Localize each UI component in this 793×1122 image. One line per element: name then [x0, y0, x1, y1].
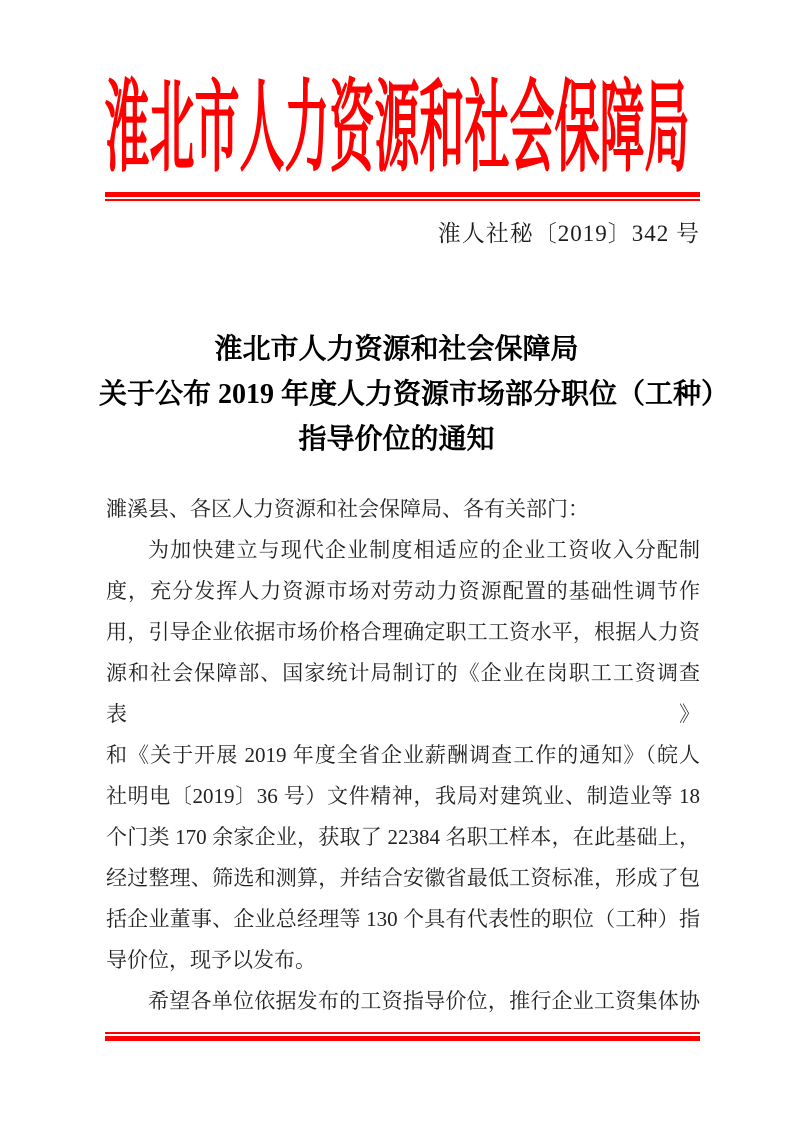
body-line: 导价位，现予以发布。: [106, 940, 700, 981]
body-line: 个门类 170 余家企业，获取了 22384 名职工样本，在此基础上，: [106, 817, 700, 858]
body-line: 社明电〔2019〕36 号）文件精神，我局对建筑业、制造业等 18: [106, 776, 700, 817]
body-line: 括企业董事、企业总经理等 130 个具有代表性的职位（工种）指: [106, 899, 700, 940]
masthead-agency-name: 淮北市人力资源和社会保障局: [104, 79, 689, 179]
footer-double-rule: [105, 1032, 700, 1041]
title-line: 关于公布 2019 年度人力资源市场部分职位（工种）: [99, 372, 694, 417]
document-title: 淮北市人力资源和社会保障局关于公布 2019 年度人力资源市场部分职位（工种）指…: [99, 327, 694, 462]
title-line: 指导价位的通知: [99, 417, 694, 462]
body-line: 用，引导企业依据市场价格合理确定职工工资水平，根据人力资: [106, 612, 700, 653]
header-double-rule: [105, 192, 700, 201]
title-line: 淮北市人力资源和社会保障局: [99, 327, 694, 372]
body-line: 经过整理、筛选和测算，并结合安徽省最低工资标准，形成了包: [106, 858, 700, 899]
body-line: 为加快建立与现代企业制度相适应的企业工资收入分配制: [106, 530, 700, 571]
body-line: 源和社会保障部、国家统计局制订的《企业在岗职工工资调查表》: [106, 653, 700, 735]
document-body: 濉溪县、各区人力资源和社会保障局、各有关部门：为加快建立与现代企业制度相适应的企…: [106, 489, 700, 1022]
document-number: 淮人社秘〔2019〕342 号: [0, 220, 700, 248]
footer-rule-thin: [105, 1032, 700, 1034]
header-rule-thick: [105, 192, 700, 197]
masthead: 淮北市人力资源和社会保障局: [99, 75, 694, 183]
body-line: 度，充分发挥人力资源市场对劳动力资源配置的基础性调节作: [106, 571, 700, 612]
header-rule-thin: [105, 199, 700, 201]
official-document-page: 淮北市人力资源和社会保障局 淮人社秘〔2019〕342 号 淮北市人力资源和社会…: [0, 0, 793, 1122]
body-line: 希望各单位依据发布的工资指导价位，推行企业工资集体协: [106, 981, 700, 1022]
footer-rule-thick: [105, 1036, 700, 1041]
body-line: 和《关于开展 2019 年度全省企业薪酬调查工作的通知》（皖人: [106, 735, 700, 776]
body-line: 濉溪县、各区人力资源和社会保障局、各有关部门：: [106, 489, 700, 530]
